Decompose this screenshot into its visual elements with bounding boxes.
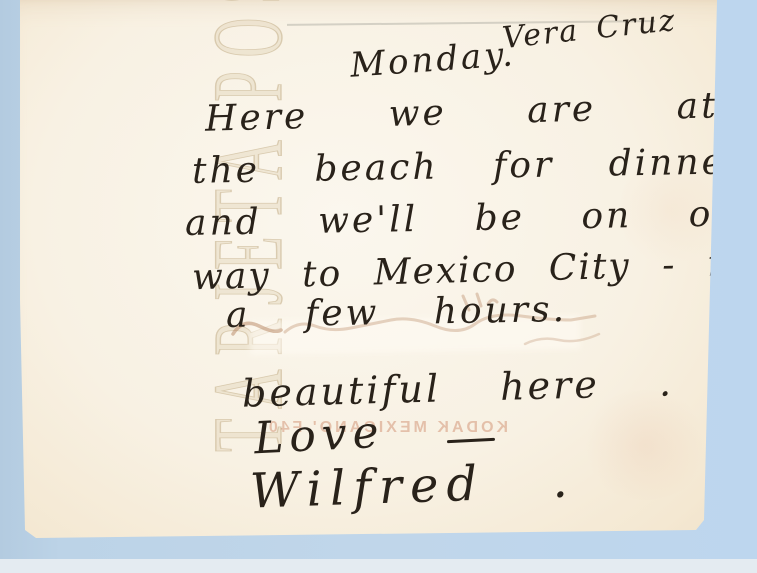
postcard-paper: TARJETA POSTAL KODAK MEXICANO' F40 Vera …: [0, 0, 757, 573]
handwritten-line-monday: Monday.: [349, 34, 517, 85]
paper-stain: [580, 390, 710, 500]
handwritten-signature: Wilfred .: [249, 452, 576, 519]
handwritten-line-5: a few hours.: [226, 289, 568, 336]
postcard-photo: TARJETA POSTAL KODAK MEXICANO' F40 Vera …: [0, 0, 757, 573]
handwritten-line-3: and we'll be on our: [185, 193, 757, 244]
love-underline-stroke: [447, 438, 495, 444]
handwritten-line-vera-cruz: Vera Cruz: [501, 3, 679, 56]
scan-bottom-strip: [0, 559, 757, 573]
handwritten-line-2: the beach for dinner: [192, 141, 747, 192]
handwritten-closing-love: Love: [253, 407, 386, 465]
handwritten-line-6: beautiful here .: [241, 360, 674, 415]
